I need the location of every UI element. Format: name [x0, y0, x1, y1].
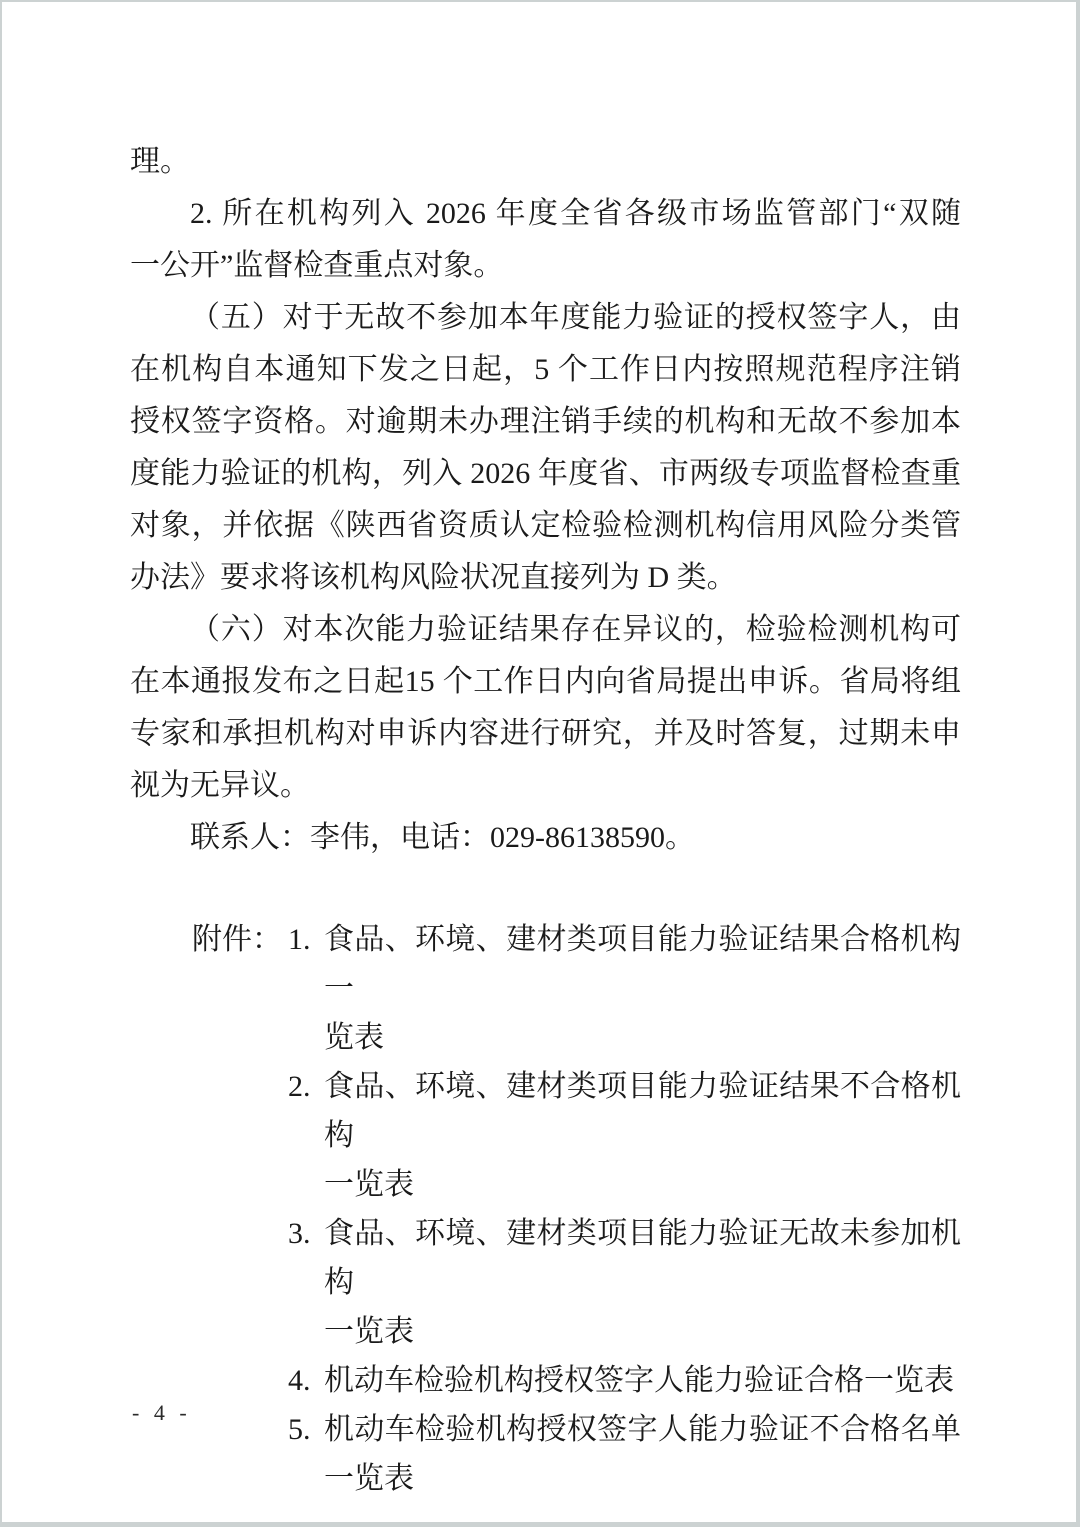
- attachment-line: 食品、环境、建材类项目能力验证无故未参加机构: [324, 1209, 961, 1307]
- attachment-item-lines: 机动车检验机构授权签字人能力验证合格一览表: [324, 1356, 961, 1405]
- body-line: 视为无异议。: [130, 760, 961, 812]
- attachment-item: 4.机动车检验机构授权签字人能力验证合格一览表: [288, 1356, 961, 1405]
- attachment-item-number: 4.: [288, 1356, 324, 1405]
- body-line: 联系人：李伟，电话：029-86138590。: [130, 812, 961, 864]
- attachment-line: 机动车检验机构授权签字人能力验证合格一览表: [324, 1356, 961, 1405]
- document-body: 理。2. 所在机构列入 2026 年度全省各级市场监管部门“双随机、一公开”监督…: [130, 136, 961, 1503]
- attachment-item-lines: 食品、环境、建材类项目能力验证无故未参加机构一览表: [324, 1209, 961, 1356]
- body-line: 在本通报发布之日起15 个工作日内向省局提出申诉。省局将组织: [130, 656, 961, 708]
- body-line: （五）对于无故不参加本年度能力验证的授权签字人，由所: [130, 292, 961, 344]
- body-line: 2. 所在机构列入 2026 年度全省各级市场监管部门“双随机、: [130, 188, 961, 240]
- attachment-line: 一览表: [324, 1454, 961, 1503]
- body-line: （六）对本次能力验证结果存在异议的，检验检测机构可以: [130, 604, 961, 656]
- attachment-item: 2.食品、环境、建材类项目能力验证结果不合格机构一览表: [288, 1062, 961, 1209]
- body-line: 授权签字资格。对逾期未办理注销手续的机构和无故不参加本年: [130, 396, 961, 448]
- attachment-line: 机动车检验机构授权签字人能力验证不合格名单: [324, 1405, 961, 1454]
- attachment-item-number: 2.: [288, 1062, 324, 1209]
- attachment-item-number: 1.: [288, 915, 324, 1062]
- attachment-item: 1.食品、环境、建材类项目能力验证结果合格机构一览表: [288, 915, 961, 1062]
- body-line: 度能力验证的机构，列入 2026 年度省、市两级专项监督检查重点: [130, 448, 961, 500]
- attachment-label: 附件：: [192, 915, 282, 1503]
- body-line: 一公开”监督检查重点对象。: [130, 240, 961, 292]
- attachment-item-lines: 食品、环境、建材类项目能力验证结果合格机构一览表: [324, 915, 961, 1062]
- attachment-line: 食品、环境、建材类项目能力验证结果不合格机构: [324, 1062, 961, 1160]
- attachment-item-lines: 食品、环境、建材类项目能力验证结果不合格机构一览表: [324, 1062, 961, 1209]
- body-line: 理。: [130, 136, 961, 188]
- attachment-line: 食品、环境、建材类项目能力验证结果合格机构一: [324, 915, 961, 1013]
- attachment-block: 附件： 1.食品、环境、建材类项目能力验证结果合格机构一览表2.食品、环境、建材…: [192, 915, 961, 1503]
- attachment-item-lines: 机动车检验机构授权签字人能力验证不合格名单一览表: [324, 1405, 961, 1503]
- attachment-item-number: 3.: [288, 1209, 324, 1356]
- body-line: 办法》要求将该机构风险状况直接列为 D 类。: [130, 552, 961, 604]
- attachment-line: 一览表: [324, 1160, 961, 1209]
- attachment-item-number: 5.: [288, 1405, 324, 1503]
- attachment-line: 览表: [324, 1013, 961, 1062]
- body-line: 专家和承担机构对申诉内容进行研究，并及时答复，过期未申诉: [130, 708, 961, 760]
- attachment-list: 1.食品、环境、建材类项目能力验证结果合格机构一览表2.食品、环境、建材类项目能…: [288, 915, 961, 1503]
- attachment-item: 5.机动车检验机构授权签字人能力验证不合格名单一览表: [288, 1405, 961, 1503]
- body-line: 对象，并依据《陕西省资质认定检验检测机构信用风险分类管理: [130, 500, 961, 552]
- document-page: 理。2. 所在机构列入 2026 年度全省各级市场监管部门“双随机、一公开”监督…: [0, 0, 1080, 1527]
- body-lines-container: 理。2. 所在机构列入 2026 年度全省各级市场监管部门“双随机、一公开”监督…: [130, 136, 961, 864]
- body-line: 在机构自本通知下发之日起，5 个工作日内按照规范程序注销其: [130, 344, 961, 396]
- attachment-item: 3.食品、环境、建材类项目能力验证无故未参加机构一览表: [288, 1209, 961, 1356]
- page-number: - 4 -: [132, 1400, 187, 1426]
- attachment-line: 一览表: [324, 1307, 961, 1356]
